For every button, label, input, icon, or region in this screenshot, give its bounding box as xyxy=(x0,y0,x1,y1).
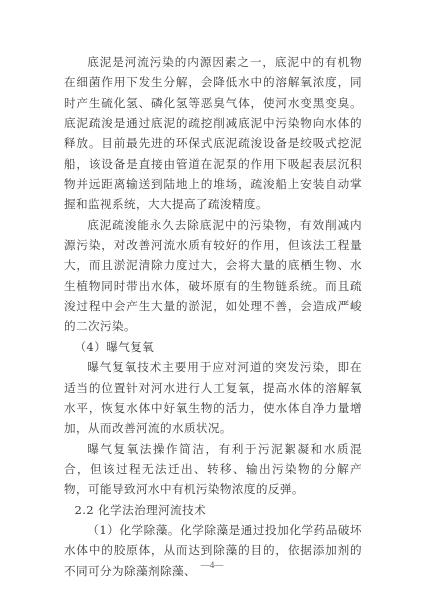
document-body: 底泥是河流污染的内源因素之一，底泥中的有机物在细菌作用下发生分解，会降低水中的溶… xyxy=(64,52,362,581)
paragraph-sediment-dredging-intro: 底泥是河流污染的内源因素之一，底泥中的有机物在细菌作用下发生分解，会降低水中的溶… xyxy=(64,52,362,215)
page-number: —4— xyxy=(0,560,424,570)
section-heading-chemical-methods: 2.2 化学法治理河流技术 xyxy=(64,500,362,520)
paragraph-aeration-intro: 曝气复氧技术主要用于应对河道的突发污染，即在适当的位置针对河水进行人工复氧，提高… xyxy=(64,357,362,438)
paragraph-dredging-evaluation: 底泥疏浚能永久去除底泥中的污染物，有效削减内源污染，对改善河流水质有较好的作用，… xyxy=(64,215,362,337)
document-page: 底泥是河流污染的内源因素之一，底泥中的有机物在细菌作用下发生分解，会降低水中的溶… xyxy=(0,0,424,600)
paragraph-chemical-algae-removal: （1）化学除藻。化学除藻是通过投加化学药品破坏水体中的胶原体，从而达到除藻的目的… xyxy=(64,520,362,581)
paragraph-aeration-evaluation: 曝气复氧法操作简洁，有利于污泥絮凝和水质混合，但该过程无法迁出、转移、输出污染物… xyxy=(64,439,362,500)
section-heading-aeration: （4）曝气复氧 xyxy=(64,337,362,357)
